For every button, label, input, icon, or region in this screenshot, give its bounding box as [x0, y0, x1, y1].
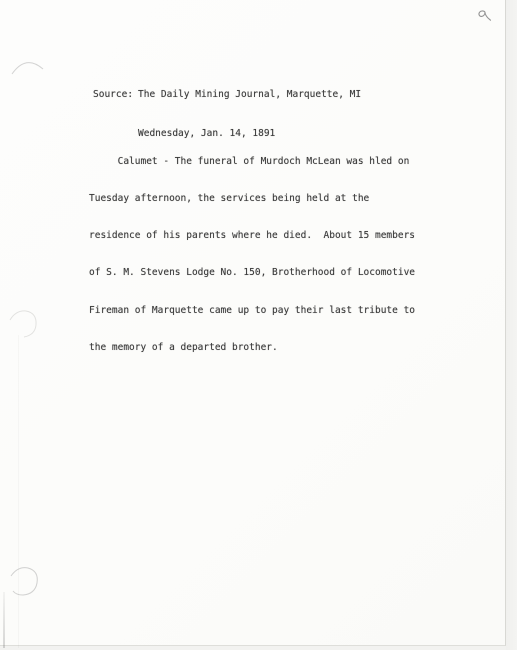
- source-publication: The Daily Mining Journal, Marquette, MI: [138, 88, 361, 101]
- article-line: the memory of a departed brother.: [89, 342, 415, 354]
- article-line: residence of his parents where he died. …: [89, 230, 415, 242]
- article-line: Calumet - The funeral of Murdoch McLean …: [89, 156, 415, 168]
- article-line: of S. M. Stevens Lodge No. 150, Brotherh…: [89, 267, 415, 279]
- scanned-page: Source: The Daily Mining Journal, Marque…: [0, 0, 517, 650]
- article-line: Fireman of Marquette came up to pay thei…: [89, 305, 415, 317]
- scanner-background-strip: [506, 0, 517, 650]
- source-label: Source:: [93, 88, 133, 101]
- article-line: Tuesday afternoon, the services being he…: [89, 193, 415, 205]
- pencil-squiggle-icon: [476, 7, 496, 23]
- paper-fold-artifact: [18, 335, 19, 648]
- binder-arc-artifact: [6, 308, 40, 342]
- page-edge-shadow: [3, 592, 5, 648]
- article-paragraph: Calumet - The funeral of Murdoch McLean …: [89, 131, 415, 379]
- binder-arc-artifact: [10, 56, 46, 76]
- paper-sheet: Source: The Daily Mining Journal, Marque…: [0, 0, 506, 646]
- binder-arc-artifact: [6, 564, 42, 600]
